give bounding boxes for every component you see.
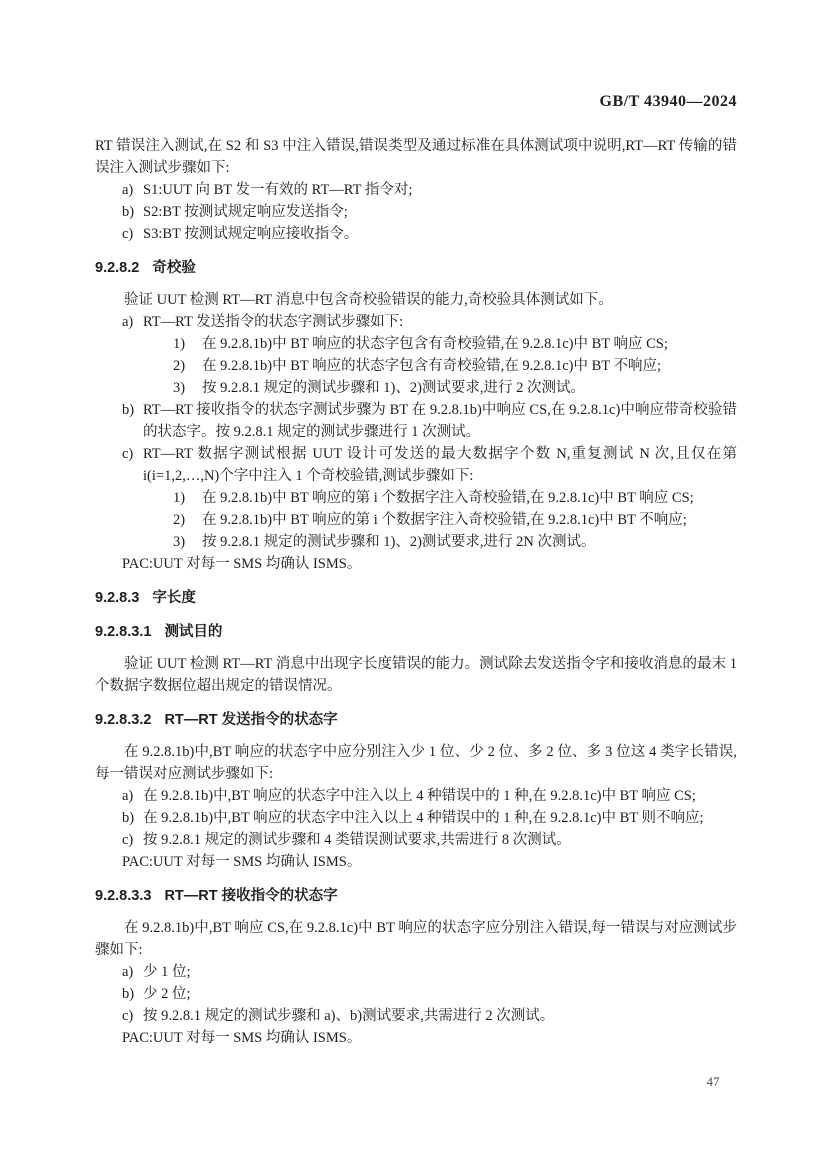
section-heading-92831: 9.2.8.3.1测试目的 (95, 621, 737, 643)
list-marker: a) (122, 179, 133, 201)
list-text: 在 9.2.8.1b)中 BT 响应的第 i 个数据字注入奇校验错,在 9.2.… (202, 512, 687, 528)
parity-paragraph: 验证 UUT 检测 RT—RT 消息中包含奇校验错误的能力,奇校验具体测试如下。 (95, 289, 737, 311)
list-marker: b) (122, 201, 134, 223)
section-title: 测试目的 (164, 624, 222, 640)
parity-item-b: b) RT—RT 接收指令的状态字测试步骤为 BT 在 9.2.8.1b)中响应… (122, 399, 737, 443)
parity-item-c: c) RT—RT 数据字测试根据 UUT 设计可发送的最大数据字个数 N,重复测… (122, 443, 737, 487)
section-title: RT—RT 发送指令的状态字 (164, 712, 337, 728)
list-text: RT—RT 发送指令的状态字测试步骤如下: (143, 314, 403, 330)
list-text: 按 9.2.8.1 规定的测试步骤和 4 类错误测试要求,共需进行 8 次测试。 (143, 832, 571, 848)
section-title: 奇校验 (152, 260, 196, 276)
rx-status-step-b: b) 少 2 位; (122, 983, 737, 1005)
list-text: 按 9.2.8.1 规定的测试步骤和 a)、b)测试要求,共需进行 2 次测试。 (143, 1008, 554, 1024)
intro-step-a: a) S1:UUT 向 BT 发一有效的 RT—RT 指令对; (122, 179, 737, 201)
rx-status-pac-line: PAC:UUT 对每一 SMS 均确认 ISMS。 (122, 1027, 737, 1049)
list-marker: b) (122, 807, 134, 829)
list-text: 在 9.2.8.1b)中,BT 响应的状态字中注入以上 4 种错误中的 1 种,… (143, 788, 696, 804)
rx-status-step-a: a) 少 1 位; (122, 961, 737, 983)
list-marker: b) (122, 399, 134, 421)
parity-item-a-sub-2: 2) 在 9.2.8.1b)中 BT 响应的状态字包含有奇校验错,在 9.2.8… (173, 355, 737, 377)
section-heading-92833: 9.2.8.3.3RT—RT 接收指令的状态字 (95, 885, 737, 907)
section-number: 9.2.8.3 (95, 590, 139, 606)
tx-status-step-a: a) 在 9.2.8.1b)中,BT 响应的状态字中注入以上 4 种错误中的 1… (122, 785, 737, 807)
list-text: 在 9.2.8.1b)中 BT 响应的状态字包含有奇校验错,在 9.2.8.1c… (202, 358, 661, 374)
list-text: 少 2 位; (143, 986, 191, 1002)
list-marker: c) (122, 223, 133, 245)
list-marker: b) (122, 983, 134, 1005)
list-marker: 2) (173, 509, 185, 531)
section-number: 9.2.8.3.1 (95, 624, 151, 640)
list-text: 在 9.2.8.1b)中,BT 响应的状态字中注入以上 4 种错误中的 1 种,… (143, 810, 704, 826)
section-heading-9283: 9.2.8.3字长度 (95, 587, 737, 609)
list-marker: c) (122, 1005, 133, 1027)
parity-item-a-sub-1: 1) 在 9.2.8.1b)中 BT 响应的状态字包含有奇校验错,在 9.2.8… (173, 333, 737, 355)
list-marker: a) (122, 311, 133, 333)
list-text: S2:BT 按测试规定响应发送指令; (143, 204, 348, 220)
intro-step-b: b) S2:BT 按测试规定响应发送指令; (122, 201, 737, 223)
list-marker: 3) (173, 377, 185, 399)
rx-status-step-c: c) 按 9.2.8.1 规定的测试步骤和 a)、b)测试要求,共需进行 2 次… (122, 1005, 737, 1027)
section-title: 字长度 (152, 590, 196, 606)
section-heading-92832: 9.2.8.3.2RT—RT 发送指令的状态字 (95, 709, 737, 731)
list-text: 少 1 位; (143, 964, 191, 980)
list-text: S1:UUT 向 BT 发一有效的 RT—RT 指令对; (143, 182, 412, 198)
section-number: 9.2.8.3.3 (95, 888, 151, 904)
intro-step-c: c) S3:BT 按测试规定响应接收指令。 (122, 223, 737, 245)
list-marker: a) (122, 785, 133, 807)
list-marker: 1) (173, 487, 185, 509)
parity-item-a: a) RT—RT 发送指令的状态字测试步骤如下: (122, 311, 737, 333)
list-text: 按 9.2.8.1 规定的测试步骤和 1)、2)测试要求,进行 2N 次测试。 (202, 534, 596, 550)
purpose-paragraph: 验证 UUT 检测 RT—RT 消息中出现字长度错误的能力。测试除去发送指令字和… (95, 653, 737, 697)
tx-status-step-c: c) 按 9.2.8.1 规定的测试步骤和 4 类错误测试要求,共需进行 8 次… (122, 829, 737, 851)
document-content: RT 错误注入测试,在 S2 和 S3 中注入错误,错误类型及通过标准在具体测试… (95, 135, 737, 1049)
parity-pac-line: PAC:UUT 对每一 SMS 均确认 ISMS。 (122, 553, 737, 575)
list-text: 按 9.2.8.1 规定的测试步骤和 1)、2)测试要求,进行 2 次测试。 (202, 380, 585, 396)
page-number: 47 (698, 1074, 728, 1090)
tx-status-step-b: b) 在 9.2.8.1b)中,BT 响应的状态字中注入以上 4 种错误中的 1… (122, 807, 737, 829)
tx-status-pac-line: PAC:UUT 对每一 SMS 均确认 ISMS。 (122, 851, 737, 873)
document-page: GB/T 43940—2024 RT 错误注入测试,在 S2 和 S3 中注入错… (0, 0, 827, 1170)
list-marker: c) (122, 443, 133, 465)
parity-item-c-sub-3: 3) 按 9.2.8.1 规定的测试步骤和 1)、2)测试要求,进行 2N 次测… (173, 531, 737, 553)
rx-status-paragraph: 在 9.2.8.1b)中,BT 响应 CS,在 9.2.8.1c)中 BT 响应… (95, 917, 737, 961)
list-marker: c) (122, 829, 133, 851)
intro-paragraph: RT 错误注入测试,在 S2 和 S3 中注入错误,错误类型及通过标准在具体测试… (95, 135, 737, 179)
section-number: 9.2.8.2 (95, 260, 139, 276)
parity-item-c-sub-1: 1) 在 9.2.8.1b)中 BT 响应的第 i 个数据字注入奇校验错,在 9… (173, 487, 737, 509)
list-text: 在 9.2.8.1b)中 BT 响应的第 i 个数据字注入奇校验错,在 9.2.… (202, 490, 694, 506)
parity-item-a-sub-3: 3) 按 9.2.8.1 规定的测试步骤和 1)、2)测试要求,进行 2 次测试… (173, 377, 737, 399)
list-marker: 3) (173, 531, 185, 553)
standard-code: GB/T 43940—2024 (600, 93, 737, 111)
section-number: 9.2.8.3.2 (95, 712, 151, 728)
list-text: RT—RT 数据字测试根据 UUT 设计可发送的最大数据字个数 N,重复测试 N… (143, 446, 737, 484)
list-marker: 1) (173, 333, 185, 355)
list-text: RT—RT 接收指令的状态字测试步骤为 BT 在 9.2.8.1b)中响应 CS… (143, 402, 737, 440)
list-marker: a) (122, 961, 133, 983)
tx-status-paragraph: 在 9.2.8.1b)中,BT 响应的状态字中应分别注入少 1 位、少 2 位、… (95, 741, 737, 785)
list-text: S3:BT 按测试规定响应接收指令。 (143, 226, 358, 242)
section-heading-9282: 9.2.8.2奇校验 (95, 257, 737, 279)
list-text: 在 9.2.8.1b)中 BT 响应的状态字包含有奇校验错,在 9.2.8.1c… (202, 336, 668, 352)
section-title: RT—RT 接收指令的状态字 (164, 888, 337, 904)
parity-item-c-sub-2: 2) 在 9.2.8.1b)中 BT 响应的第 i 个数据字注入奇校验错,在 9… (173, 509, 737, 531)
list-marker: 2) (173, 355, 185, 377)
